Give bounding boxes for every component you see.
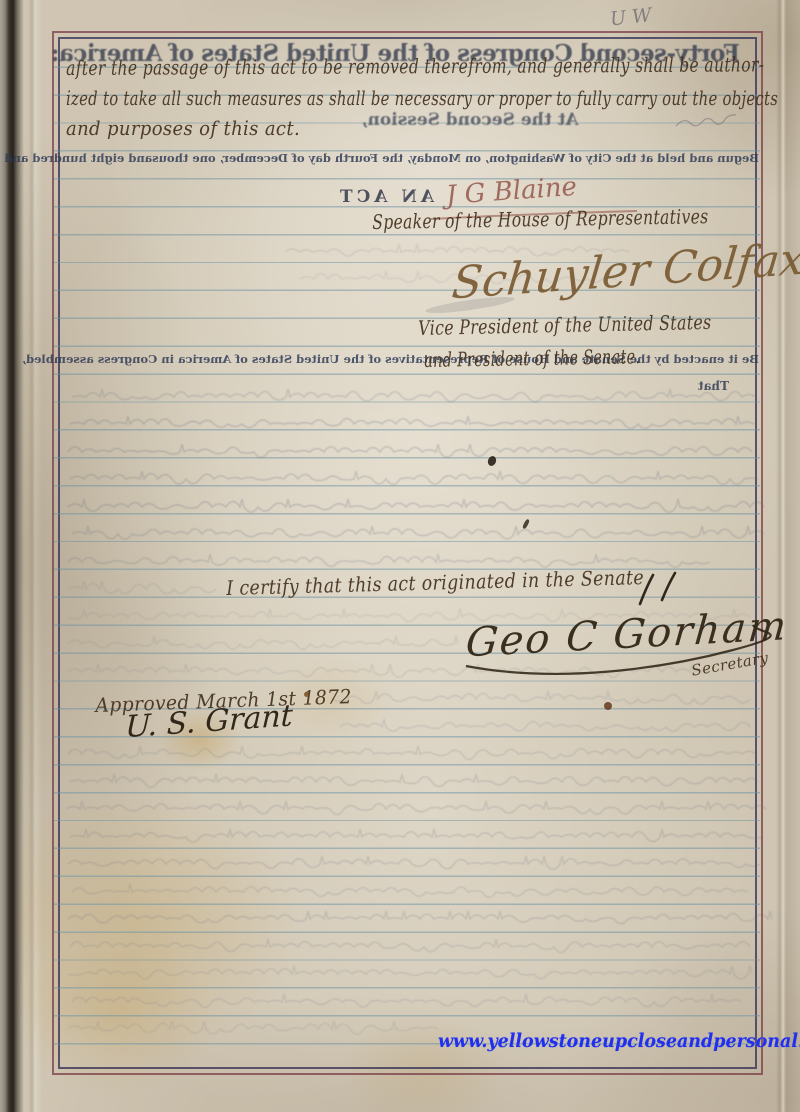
pen-tick-mark — [662, 573, 675, 600]
act-text-line-3: and purposes of this act. — [66, 116, 300, 140]
bleedthrough-that-word: That — [698, 379, 729, 393]
vice-president-title-line-2: and President of the Senate. — [424, 344, 640, 372]
website-watermark: www.yellowstoneupcloseandpersonal.com — [438, 1030, 800, 1052]
bleedthrough-session-line: At the Second Session, — [360, 110, 580, 130]
bleedthrough-an-act: AN ACT — [336, 187, 434, 207]
signature-flourishes — [0, 0, 800, 1112]
bleedthrough-enacting-line: Be it enacted by the Senate and House of… — [63, 352, 759, 366]
bleedthrough-begun-line: Begun and held at the City of Washington… — [63, 151, 759, 165]
scanned-document-photo: Forty-second Congress of the United Stat… — [0, 0, 800, 1112]
ink-stain-spot — [304, 692, 309, 697]
ink-stain-spot — [604, 702, 612, 710]
act-text-line-2: ized to take all such measures as shall … — [66, 86, 778, 110]
act-text-line-1: after the passage of this act to be remo… — [66, 52, 764, 80]
pencil-scribble — [676, 115, 736, 126]
